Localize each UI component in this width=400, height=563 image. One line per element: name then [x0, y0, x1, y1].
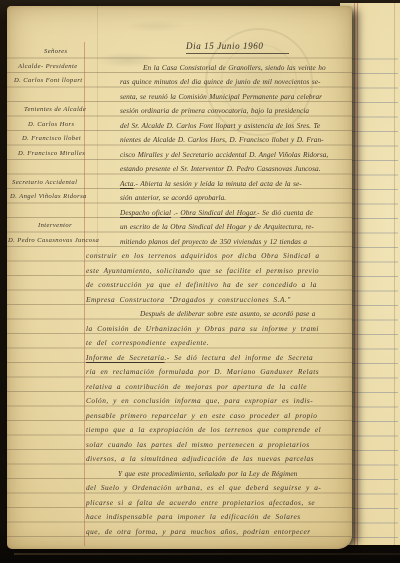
- manuscript-line: construir en los terrenos adquiridos por…: [86, 251, 319, 260]
- margin-note: Secretario Accidental: [12, 179, 77, 186]
- adjacent-page-edge-line: [394, 3, 395, 545]
- margin-note: D. Francisco Miralles: [18, 150, 85, 157]
- manuscript-line: la Comisión de Urbanización y Obras para…: [86, 324, 319, 333]
- manuscript-line: ras quince minutos del dia quince de jun…: [120, 77, 321, 86]
- manuscript-line: sesión ordinaria de primera convocatoria…: [120, 106, 309, 115]
- margin-note: D. Carlos Font llopart: [14, 77, 83, 84]
- manuscript-line: pensable primero reparcelar y en este ca…: [86, 411, 317, 420]
- manuscript-line: mitiendo planos del proyecto de 350 vivi…: [120, 237, 307, 246]
- margin-note: Tenientes de Alcalde: [24, 106, 86, 113]
- margin-note: D. Angel Viñolas Ridorsa: [10, 193, 87, 200]
- manuscript-line: Colón, y en conclusión informa que, para…: [86, 396, 313, 405]
- manuscript-line: En la Casa Consistorial de Granollers, s…: [143, 63, 326, 72]
- manuscript-line: plicarse si a falta de acuerdo entre pro…: [86, 498, 315, 507]
- manuscript-line: relativa a contribución de mejoras por a…: [86, 382, 307, 391]
- manuscript-line: de construcción ya que el definitivo ha …: [86, 280, 317, 289]
- manuscript-line: Y que este procedimiento, señalado por l…: [118, 469, 297, 478]
- manuscript-line: este Ayuntamiento, solicitando que se fa…: [86, 266, 319, 275]
- manuscript-line: ría en reclamación formulada por D. Mari…: [86, 367, 319, 376]
- manuscript-line: Acta.- Abierta la sesión y leída la minu…: [120, 179, 302, 188]
- manuscript-line: cisco Miralles y del Secretario accident…: [120, 150, 328, 159]
- adjacent-page-red-margin-line: [354, 3, 355, 545]
- manuscript-line: Empresa Constructora "Dragados y constru…: [86, 295, 291, 304]
- adjacent-page-red-margin-line-2: [357, 3, 358, 545]
- margin-note: D. Carlos Hors: [28, 121, 74, 128]
- manuscript-line: del Suelo y Ordenación urbana, es el que…: [86, 483, 321, 492]
- scanned-minutes-screenshot: { "heading": { "text": "Dia 15 Junio 196…: [0, 0, 400, 563]
- margin-note: D. Francisco llobet: [22, 135, 81, 142]
- date-heading: Dia 15 Junio 1960: [186, 41, 289, 54]
- manuscript-line: Informe de Secretaría.- Se dió lectura d…: [86, 353, 313, 362]
- red-margin-line: [84, 42, 85, 546]
- manuscript-line: solar cuando las partes del mismo perten…: [86, 440, 310, 449]
- manuscript-line: senta, se reunió la Comisión Municipal P…: [120, 92, 322, 101]
- manuscript-line: hace indispensable para imponer la edifi…: [86, 512, 301, 521]
- manuscript-line: un escrito de la Obra Sindical del Hogar…: [120, 222, 314, 231]
- manuscript-line: que, de otra forma, y para muchos años, …: [86, 527, 311, 536]
- manuscript-line: tiempo que a la expropiación de los terr…: [86, 425, 321, 434]
- margin-note: Interventor: [38, 222, 72, 229]
- margin-note: D. Pedro Casasnovas Juncosa: [8, 237, 99, 244]
- manuscript-line: del Sr. Alcalde D. Carlos Font llopart y…: [120, 121, 320, 130]
- manuscript-line: Despacho oficial .- Obra Sindical del Ho…: [120, 208, 313, 217]
- book-bottom-edge: [14, 553, 400, 555]
- manuscript-line: estando presente el Sr. Interventor D. P…: [120, 164, 321, 173]
- margin-note: Alcalde- Presidente: [18, 63, 78, 70]
- manuscript-line: nientes de Alcalde D. Carlos Hors, D. Fr…: [120, 135, 324, 144]
- manuscript-line: sión anterior, se acordó aprobarla.: [120, 193, 226, 202]
- paper-smudge: [125, 20, 185, 32]
- manuscript-line: diversos, a la simultánea adjudicación d…: [86, 454, 314, 463]
- manuscript-line: Después de deliberar sobre este asunto, …: [140, 309, 315, 318]
- paper-fold-line: [97, 6, 98, 256]
- manuscript-line: te del correspondiente expediente.: [86, 338, 209, 347]
- margin-note: Señores: [44, 48, 67, 55]
